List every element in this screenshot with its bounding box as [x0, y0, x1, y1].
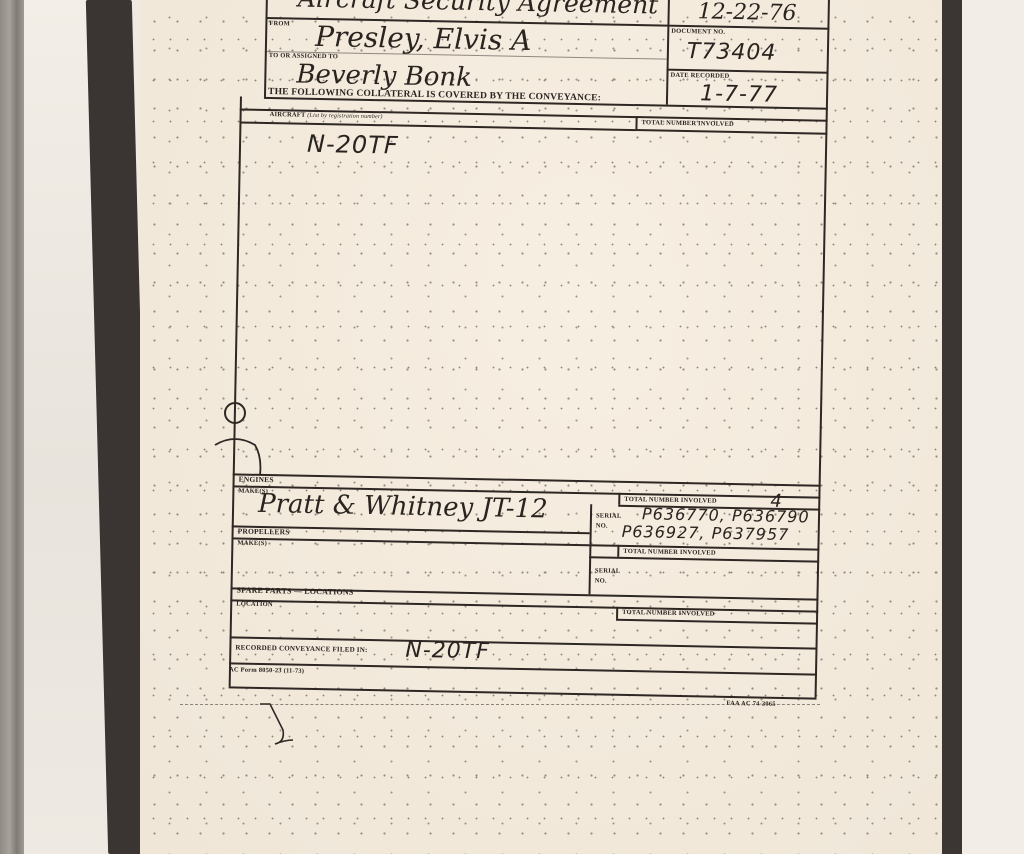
conveyance-form: Aircraft Security Agreement 12-22-76 FRO… [215, 0, 830, 700]
document-no-value: T73404 [687, 39, 777, 66]
date-recorded-value: 1-7-77 [700, 81, 778, 107]
spare-parts-section-label: SPARE PARTS — LOCATIONS [236, 585, 353, 596]
spare-total-label: TOTAL NUMBER INVOLVED [622, 609, 715, 618]
propellers-serial-divider [588, 544, 590, 594]
row-line-form-bottom [229, 662, 817, 675]
engines-serial-divider [589, 504, 591, 544]
wood-edge [0, 0, 24, 854]
engines-serial-no-label: NO. [596, 522, 608, 529]
fold-dash-line [180, 704, 820, 706]
aircraft-total-divider [635, 116, 637, 129]
propellers-make-label: MAKE(S) [237, 540, 267, 548]
propellers-total-label: TOTAL NUMBER INVOLVED [623, 548, 716, 557]
date-recorded-label: DATE RECORDED [670, 72, 729, 80]
row-line-engines [233, 473, 821, 486]
conveyance-type-value: Aircraft Security Agreement [298, 0, 659, 19]
engines-make-value: Pratt & Whitney JT-12 [258, 489, 548, 525]
spare-total-divider [616, 607, 618, 619]
row-line-location [230, 599, 818, 612]
form-border-left-top [264, 0, 268, 97]
spare-location-label: LOCATION [236, 600, 273, 608]
aircraft-sublabel: (List by registration number) [307, 113, 383, 120]
form-number: AC Form 8050-23 (11-73) [229, 666, 304, 674]
hole-punch-mark [210, 395, 270, 485]
conveyance-date-value: 12-22-76 [697, 0, 796, 26]
right-matte [962, 0, 1024, 854]
pen-squiggle-mark [255, 700, 315, 750]
engines-total-divider [618, 493, 620, 505]
engines-serial-line-2: P636927, P637957 [622, 522, 790, 544]
propellers-section-label: PROPELLERS [238, 527, 290, 537]
aircraft-total-label: TOTAL NUMBER INVOLVED [641, 119, 734, 128]
row-line-propellers-serial [589, 556, 819, 562]
frame-right-border [942, 0, 962, 854]
aircraft-label: AIRCRAFT (List by registration number) [270, 111, 383, 120]
header-column-divider [666, 0, 670, 105]
row-line-spare-total [616, 619, 818, 624]
engines-serial-label: SERIAL [596, 512, 622, 519]
engines-total-label: TOTAL NUMBER INVOLVED [624, 496, 717, 505]
aircraft-registration-value: N-20TF [307, 130, 399, 160]
aircraft-label-text: AIRCRAFT [270, 111, 306, 119]
propellers-total-divider [617, 545, 619, 557]
recorded-conveyance-value: N-20TF [405, 638, 490, 665]
document-no-label: DOCUMENT NO. [671, 28, 725, 36]
form-border-left [229, 96, 242, 686]
from-label: FROM [269, 20, 290, 27]
recorded-conveyance-label: RECORDED CONVEYANCE FILED IN: [235, 643, 367, 654]
propellers-serial-no-label: NO. [595, 577, 607, 584]
propellers-serial-label: SERIAL [595, 567, 621, 574]
from-value: Presley, Elvis A [315, 20, 532, 57]
